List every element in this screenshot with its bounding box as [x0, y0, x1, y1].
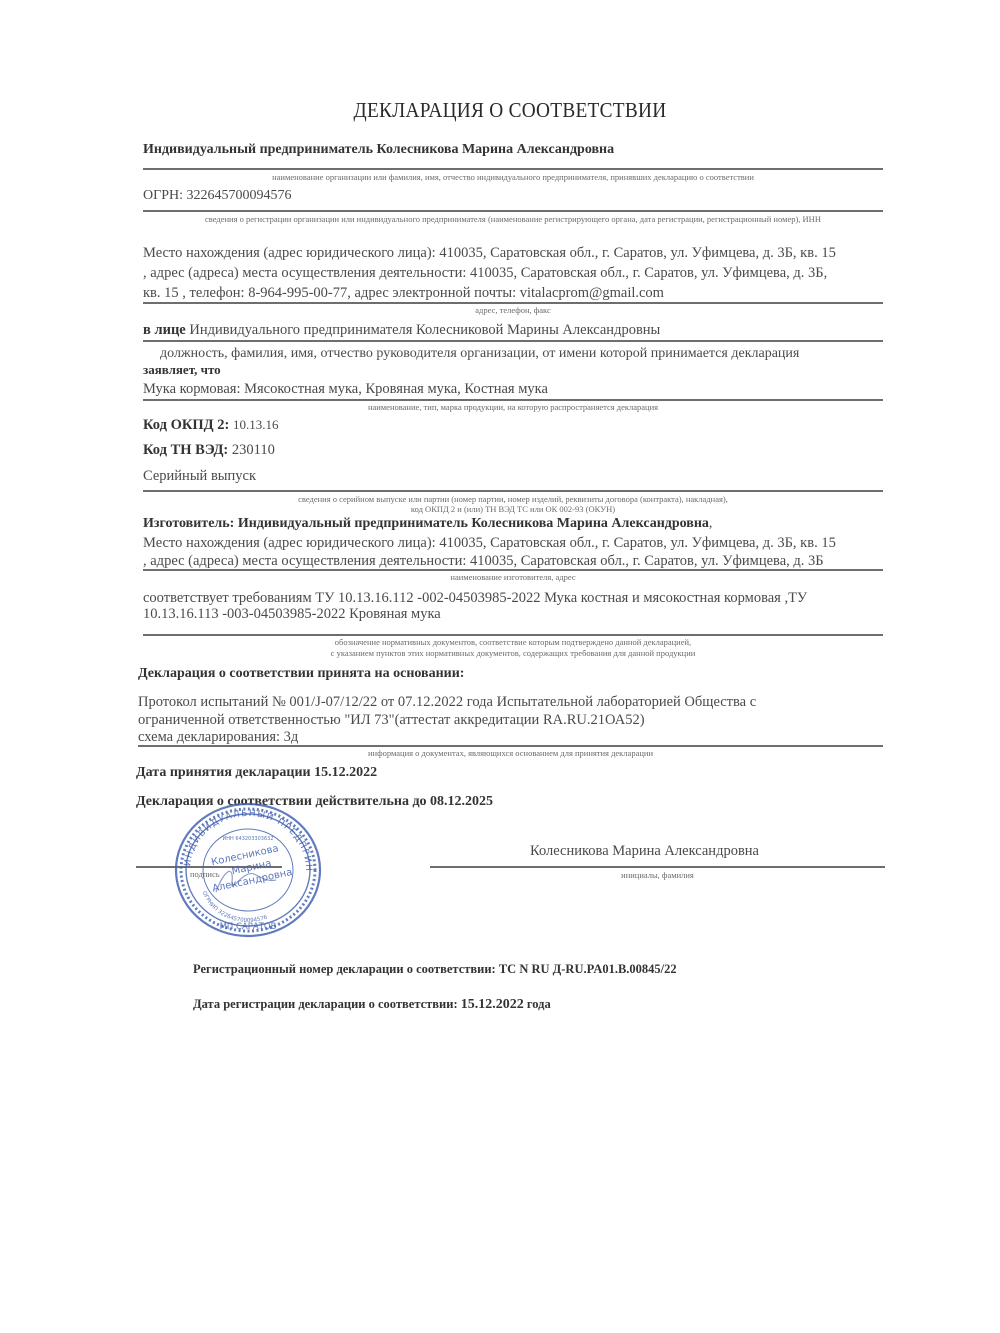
registration-number-label: Регистрационный номер декларации о соотв…: [193, 962, 496, 976]
basis-heading: Декларация о соответствии принята на осн…: [138, 666, 464, 682]
registration-date-suffix: года: [527, 997, 551, 1011]
okpd-code: Код ОКПД 2: 10.13.16: [143, 417, 278, 434]
basis-caption: информация о документах, являющихся осно…: [138, 748, 883, 758]
address-caption: адрес, телефон, факс: [143, 305, 883, 315]
representative-label: в лице: [143, 322, 186, 338]
conformity-caption-2: с указанием пунктов этих нормативных док…: [143, 648, 883, 658]
manufacturer-line-1: Место нахождения (адрес юридического лиц…: [143, 535, 836, 552]
basis-line-1: Протокол испытаний № 001/J-07/12/22 от 0…: [138, 694, 756, 711]
conformity-caption-1: обозначение нормативных документов, соот…: [143, 637, 883, 647]
divider: [138, 745, 883, 747]
applicant-name: Индивидуальный предприниматель Колеснико…: [143, 142, 614, 158]
acceptance-date: Дата принятия декларации 15.12.2022: [136, 765, 377, 781]
name-line: [430, 866, 885, 868]
seal-stamp-icon: ИНДИВИДУАЛЬНЫЙ ПРЕДПРИНИМАТЕЛЬ ИНН 64320…: [172, 800, 324, 940]
representative-caption: должность, фамилия, имя, отчество руково…: [160, 346, 799, 362]
ogrn: ОГРН: 322645700094576: [143, 188, 292, 204]
address-line-3: кв. 15 , телефон: 8-964-995-00-77, адрес…: [143, 285, 664, 302]
divider: [143, 399, 883, 401]
applicant-caption: наименование организации или фамилия, им…: [143, 172, 883, 182]
svg-text:ИНН 643203303632: ИНН 643203303632: [222, 836, 273, 842]
manufacturer-line-2: , адрес (адреса) места осуществления дея…: [143, 553, 824, 570]
document-title: ДЕКЛАРАЦИЯ О СООТВЕТСТВИИ: [41, 98, 979, 123]
declares-label: заявляет, что: [143, 362, 221, 378]
declaration-page: ДЕКЛАРАЦИЯ О СООТВЕТСТВИИ Индивидуальный…: [0, 0, 1000, 1333]
manufacturer: Изготовитель: Индивидуальный предпринима…: [143, 516, 712, 532]
codes-caption-2: код ОКПД 2 и (или) ТН ВЭД ТС или ОК 002-…: [143, 504, 883, 514]
representative-value: Индивидуального предпринимателя Колесник…: [189, 322, 660, 338]
conformity-line-1: соответствует требованиям ТУ 10.13.16.11…: [143, 590, 807, 607]
conformity-line-2: 10.13.16.113 -003-04503985-2022 Кровяная…: [143, 606, 441, 623]
divider: [143, 490, 883, 492]
divider: [143, 340, 883, 342]
representative: в лице Индивидуального предпринимателя К…: [143, 322, 660, 339]
svg-text:МП САРАТОВ: МП САРАТОВ: [220, 922, 277, 932]
manufacturer-value: Индивидуальный предприниматель Колеснико…: [238, 516, 709, 531]
basis-line-3: схема декларирования: 3д: [138, 729, 298, 746]
tnved-code: Код ТН ВЭД: 230110: [143, 442, 275, 459]
tnved-label: Код ТН ВЭД:: [143, 442, 228, 458]
address-line-1: Место нахождения (адрес юридического лиц…: [143, 245, 836, 262]
registration-caption: сведения о регистрации организации или и…: [143, 214, 883, 224]
manufacturer-caption: наименование изготовителя, адрес: [143, 572, 883, 582]
tnved-value: 230110: [232, 442, 275, 458]
registration-number: Регистрационный номер декларации о соотв…: [193, 962, 677, 977]
registration-date: Дата регистрации декларации о соответств…: [193, 997, 551, 1013]
registration-date-value: 15.12.2022: [461, 997, 524, 1012]
signer-name: Колесникова Марина Александровна: [530, 843, 759, 860]
basis-line-2: ограниченной ответственностью "ИЛ 73"(ат…: [138, 712, 645, 729]
divider: [143, 302, 883, 304]
release-type: Серийный выпуск: [143, 468, 256, 485]
manufacturer-label: Изготовитель:: [143, 516, 234, 531]
address-line-2: , адрес (адреса) места осуществления дея…: [143, 265, 827, 282]
name-caption: инициалы, фамилия: [430, 870, 885, 880]
okpd-value: 10.13.16: [233, 417, 279, 432]
divider: [143, 569, 883, 571]
divider: [143, 168, 883, 170]
registration-number-value: ТС N RU Д-RU.PA01.B.00845/22: [499, 962, 677, 976]
divider: [143, 634, 883, 636]
okpd-label: Код ОКПД 2:: [143, 417, 229, 433]
divider: [143, 210, 883, 212]
product-caption: наименование, тип, марка продукции, на к…: [143, 402, 883, 412]
registration-date-label: Дата регистрации декларации о соответств…: [193, 997, 458, 1011]
codes-caption-1: сведения о серийном выпуске или партии (…: [143, 494, 883, 504]
product-name: Мука кормовая: Мясокостная мука, Кровяна…: [143, 381, 548, 398]
